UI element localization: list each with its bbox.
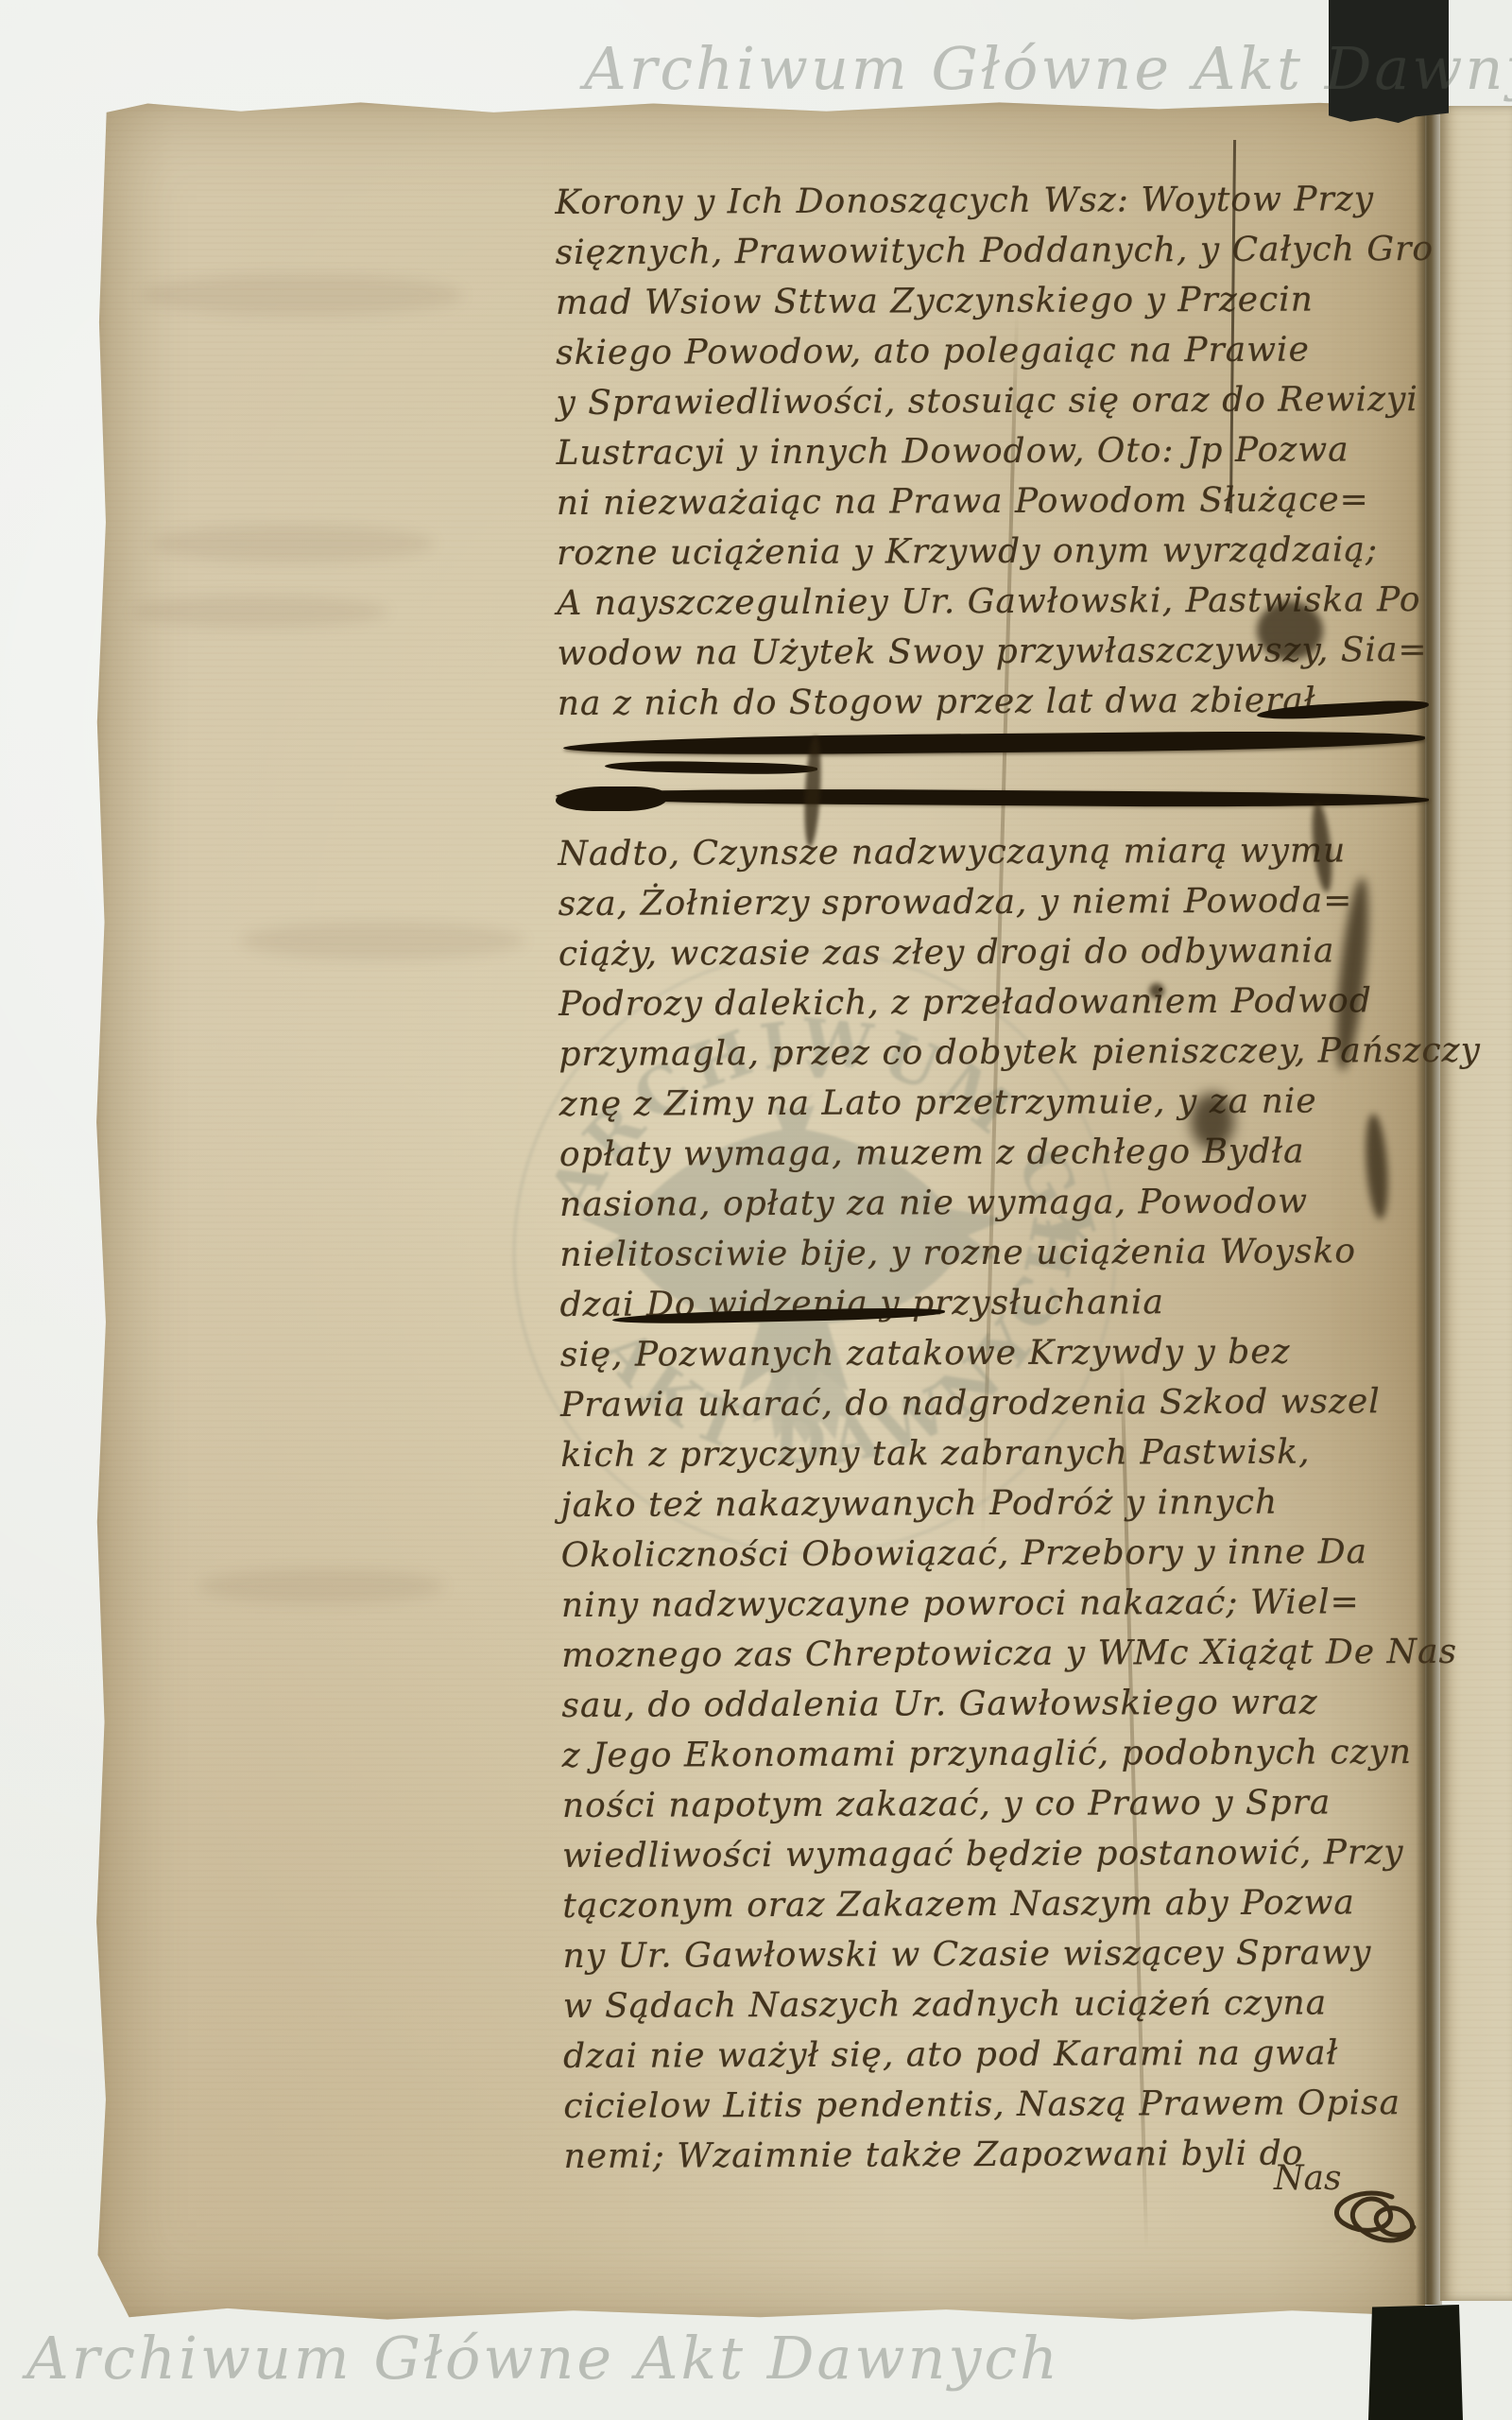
bleedthrough-smudge bbox=[142, 274, 463, 316]
manuscript-line: dzai nie ważył się, ato pod Karami na gw… bbox=[563, 2028, 1431, 2082]
ink-dot bbox=[1149, 983, 1164, 998]
manuscript-line: niny nadzwyczayne powroci nakazać; Wiel= bbox=[561, 1577, 1429, 1631]
manuscript-line: w Sądach Naszych zadnych uciążeń czyna bbox=[563, 1978, 1431, 2031]
manuscript-line: rozne uciążenia y Krzywdy onym wyrządzai… bbox=[557, 525, 1424, 579]
manuscript-line: opłaty wymaga, muzem z dechłego Bydła bbox=[559, 1126, 1427, 1180]
manuscript-line: moznego zas Chreptowicza y WMc Xiążąt De… bbox=[561, 1627, 1429, 1681]
manuscript-text-block: Korony y Ich Donoszących Wsz: Woytow Prz… bbox=[555, 174, 1431, 2182]
ink-smear bbox=[1191, 1093, 1234, 1149]
manuscript-line: ności napotym zakazać, y co Prawo y Spra bbox=[562, 1777, 1430, 1831]
manuscript-line: jako też nakazywanych Podróż y innych bbox=[560, 1477, 1428, 1530]
manuscript-line: sięznych, Prawowitych Poddanych, y Całyc… bbox=[556, 224, 1423, 278]
manuscript-line: przymagla, przez co dobytek pieniszczey,… bbox=[558, 1026, 1426, 1080]
manuscript-line: ciąży, wczasie zas złey drogi do odbywan… bbox=[558, 925, 1426, 979]
manuscript-line: Podrozy dalekich, z przeładowaniem Podwo… bbox=[558, 976, 1426, 1029]
bleedthrough-smudge bbox=[198, 1569, 444, 1603]
black-tab-top bbox=[1329, 0, 1449, 123]
ink-blot bbox=[1257, 601, 1323, 660]
manuscript-line: ny Ur. Gawłowski w Czasie wiszącey Spraw… bbox=[562, 1927, 1430, 1981]
manuscript-line: nielitosciwie bije, y rozne uciążenia Wo… bbox=[559, 1226, 1427, 1280]
manuscript-line: Nadto, Czynsze nadzwyczayną miarą wymu bbox=[558, 825, 1425, 879]
bleedthrough-smudge bbox=[241, 922, 524, 959]
manuscript-line: sza, Żołnierzy sprowadza, y niemi Powoda… bbox=[558, 875, 1426, 929]
manuscript-line: kich z przyczyny tak zabranych Pastwisk, bbox=[560, 1426, 1428, 1480]
manuscript-line: tączonym oraz Zakazem Naszym aby Pozwa bbox=[562, 1877, 1430, 1931]
manuscript-line: nasiona, opłaty za nie wymaga, Powodow bbox=[559, 1176, 1427, 1230]
manuscript-line: znę z Zimy na Lato przetrzymuie, y za ni… bbox=[559, 1076, 1427, 1130]
document-scan-background: ARCHIWUM GŁÓWNE AKT DAWNYCH Korony y Ich… bbox=[0, 0, 1512, 2420]
manuscript-line: na z nich do Stogow przez lat dwa zbiera… bbox=[558, 675, 1425, 729]
manuscript-line: y Sprawiedliwości, stosuiąc się oraz do … bbox=[556, 374, 1423, 428]
manuscript-line: skiego Powodow, ato polegaiąc na Prawie bbox=[556, 324, 1423, 378]
manuscript-line: cicielow Litis pendentis, Naszą Prawem O… bbox=[563, 2078, 1431, 2132]
ink-strike-bar-2b bbox=[556, 786, 667, 811]
black-tab-bottom bbox=[1368, 2305, 1463, 2420]
manuscript-line: Korony y Ich Donoszących Wsz: Woytow Prz… bbox=[555, 174, 1422, 228]
archive-watermark-bottom: Archiwum Główne Akt Dawnych bbox=[26, 2324, 1060, 2393]
manuscript-line: mad Wsiow Sttwa Zyczynskiego y Przecin bbox=[556, 274, 1423, 328]
adjacent-page-edge bbox=[1440, 106, 1512, 2301]
manuscript-line: wiedliwości wymagać będzie postanowić, P… bbox=[562, 1827, 1430, 1881]
manuscript-line: Okoliczności Obowiązać, Przebory y inne … bbox=[561, 1527, 1429, 1581]
bleedthrough-smudge bbox=[151, 525, 435, 562]
manuscript-line: się, Pozwanych zatakowe Krzywdy y bez bbox=[560, 1326, 1428, 1380]
manuscript-line: z Jego Ekonomami przynaglić, podobnych c… bbox=[562, 1727, 1430, 1781]
manuscript-line: Prawia ukarać, do nadgrodzenia Szkod wsz… bbox=[560, 1376, 1428, 1430]
manuscript-line: ni niezważaiąc na Prawa Powodom Służące= bbox=[557, 475, 1424, 528]
bleedthrough-smudge bbox=[132, 596, 387, 628]
manuscript-line: sau, do oddalenia Ur. Gawłowskiego wraz bbox=[561, 1677, 1429, 1731]
manuscript-line: Lustracyi y innych Dowodow, Oto: Jp Pozw… bbox=[557, 424, 1424, 478]
monogram-flourish-icon bbox=[1302, 2189, 1425, 2293]
